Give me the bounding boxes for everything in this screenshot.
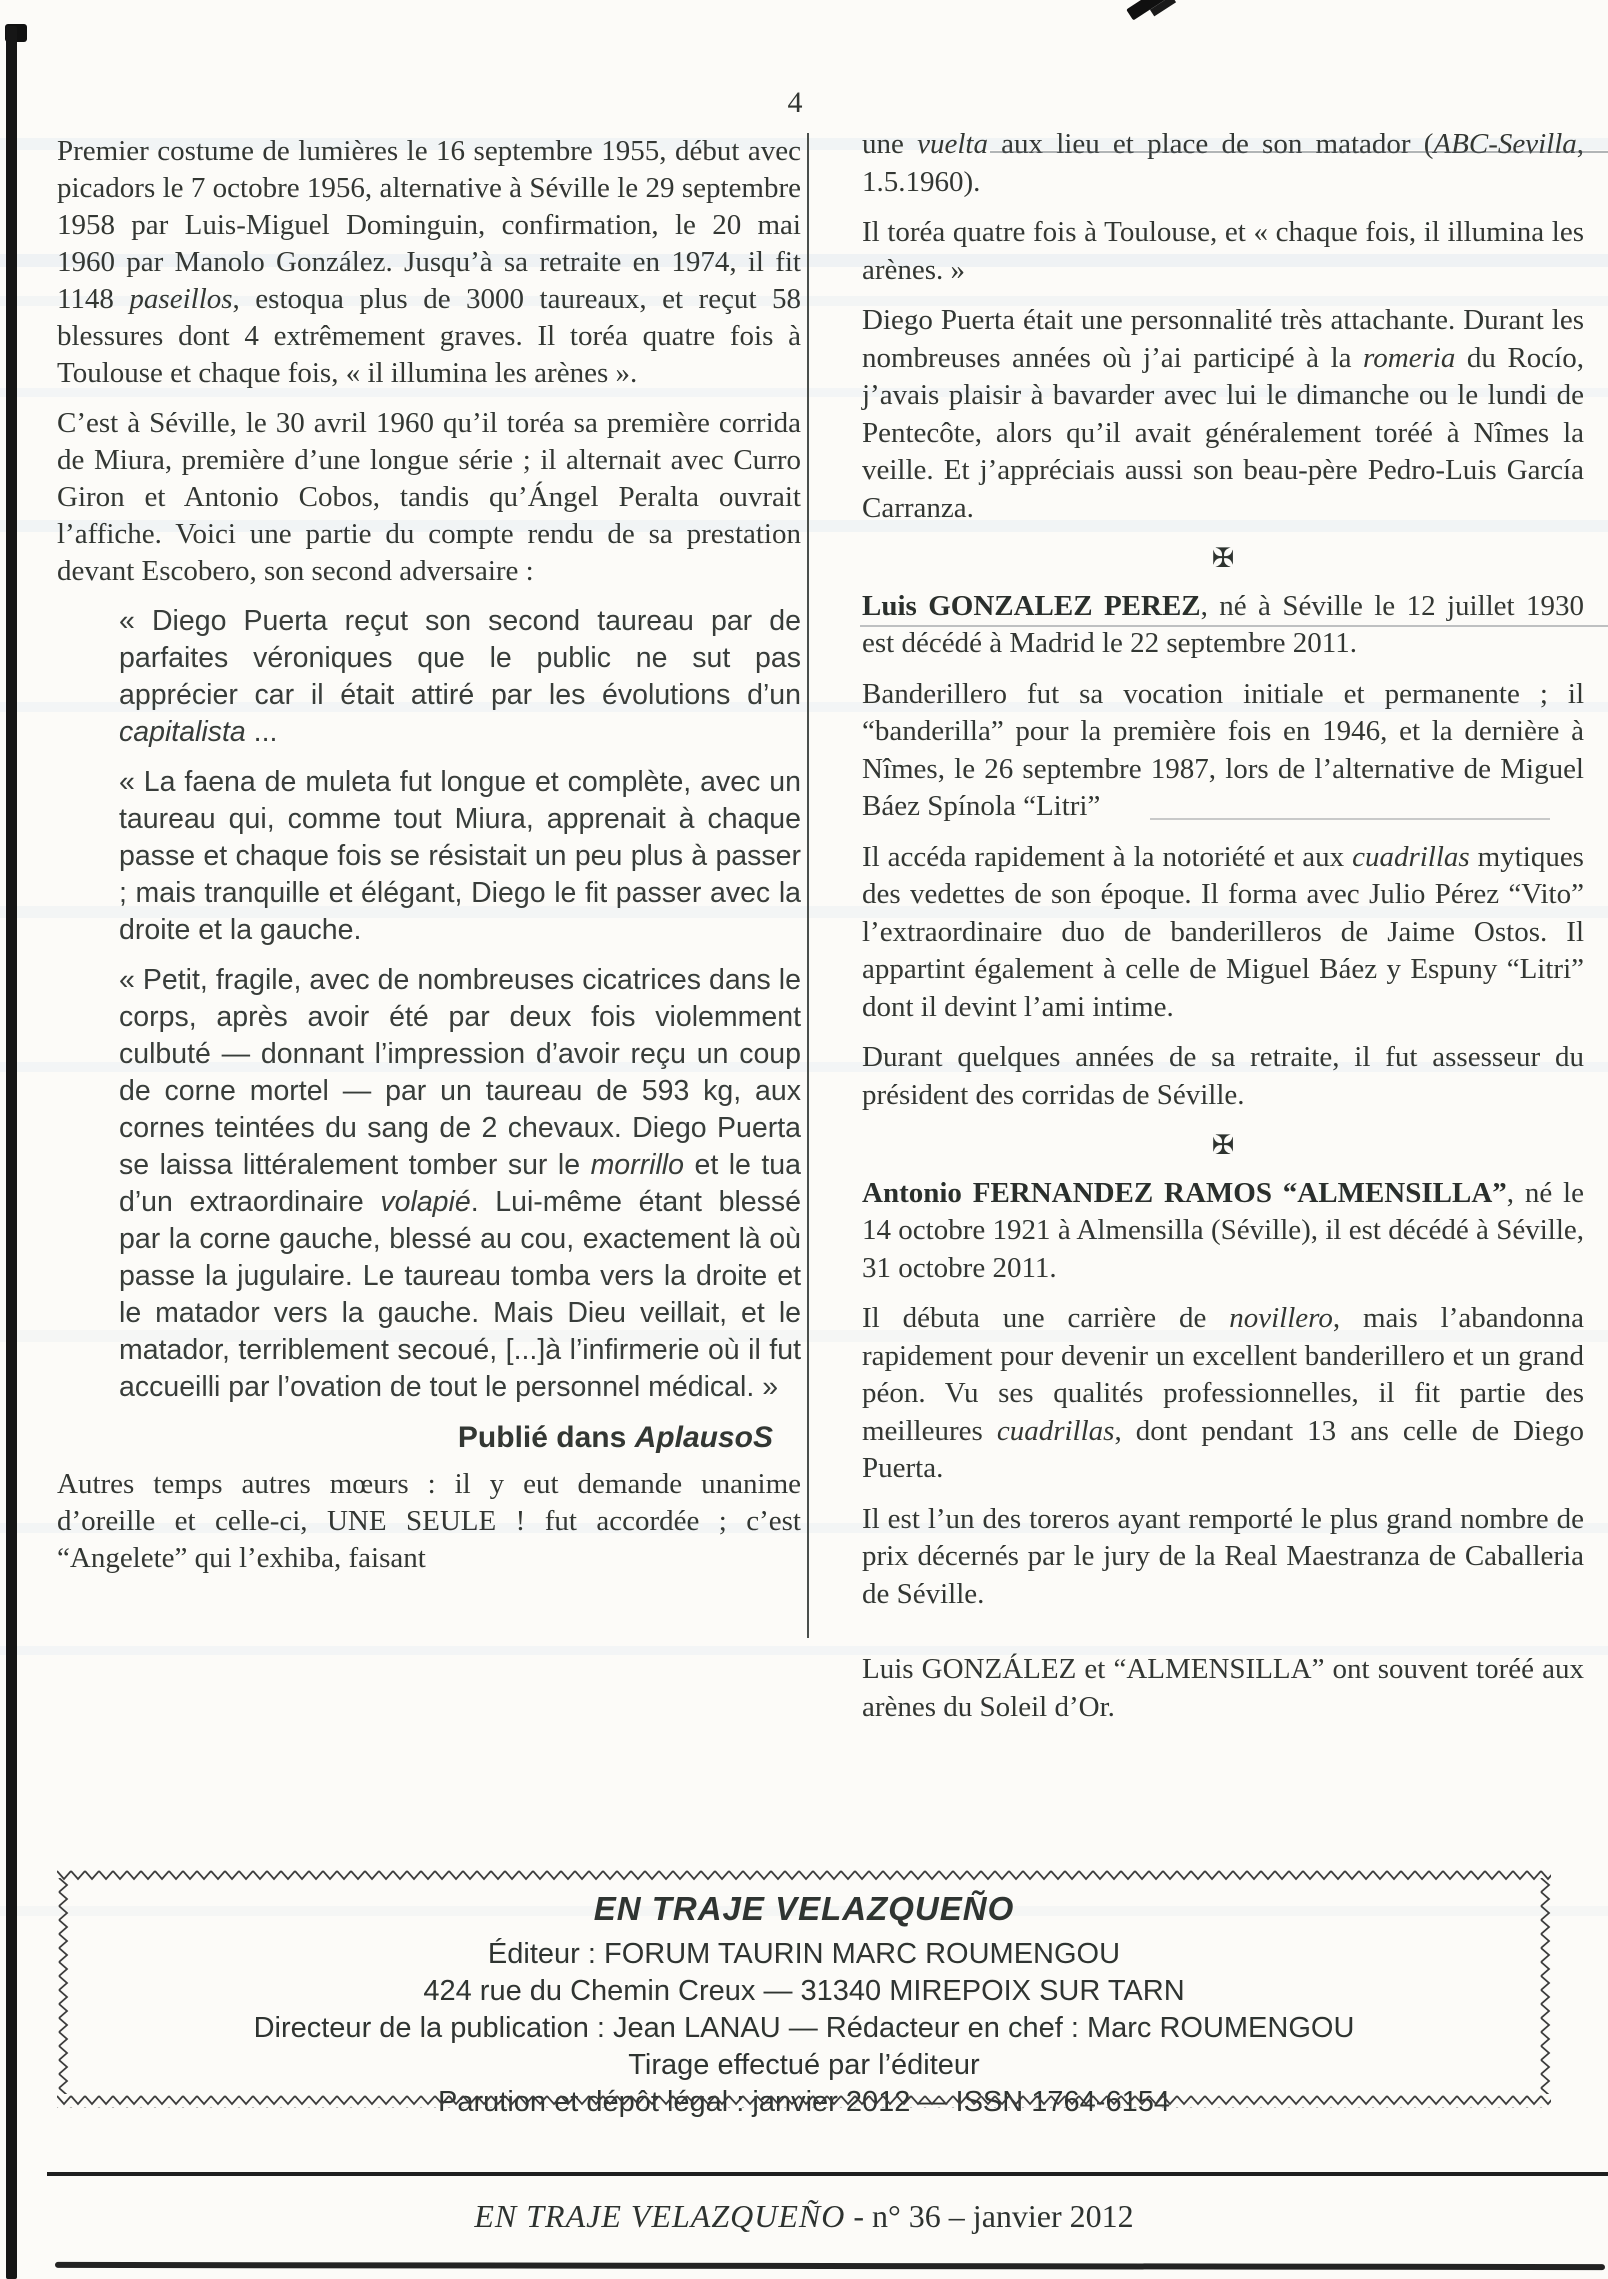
- body-paragraph: Il est l’un des toreros ayant remporté l…: [862, 1501, 1584, 1614]
- body-paragraph: une vuelta aux lieu et place de son mata…: [862, 126, 1584, 201]
- body-paragraph: Il accéda rapidement à la notoriété et a…: [862, 839, 1584, 1027]
- running-footer: EN TRAJE VELAZQUEÑO - n° 36 – janvier 20…: [0, 2198, 1608, 2235]
- publication-credit: Publié dans AplausoS: [57, 1419, 801, 1456]
- body-paragraph: Banderillero fut sa vocation initiale et…: [862, 676, 1584, 826]
- scanned-newsletter-page: 4 Premier costume de lumières le 16 sept…: [0, 0, 1608, 2279]
- body-paragraph: C’est à Séville, le 30 avril 1960 qu’il …: [57, 405, 801, 590]
- quote-paragraph: « Petit, fragile, avec de nombreuses cic…: [119, 962, 801, 1406]
- imprint-issn-line: Parution et dépôt légal : janvier 2012 —…: [57, 2084, 1551, 2121]
- credit-prefix: Publié dans: [458, 1421, 635, 1454]
- body-paragraph: Luis GONZALEZ PEREZ, né à Séville le 12 …: [862, 588, 1584, 663]
- imprint-editor-line: Éditeur : FORUM TAURIN MARC ROUMENGOU: [57, 1936, 1551, 1973]
- body-paragraph: Premier costume de lumières le 16 septem…: [57, 133, 801, 392]
- page-number: 4: [0, 86, 1590, 120]
- body-paragraph: Luis GONZÁLEZ et “ALMENSILLA” ont souven…: [862, 1651, 1584, 1726]
- left-column: Premier costume de lumières le 16 septem…: [57, 133, 801, 1590]
- body-paragraph: Diego Puerta était une personnalité très…: [862, 302, 1584, 527]
- running-footer-title: EN TRAJE VELAZQUEÑO: [474, 2198, 845, 2234]
- imprint-address-line: 424 rue du Chemin Creux — 31340 MIREPOIX…: [57, 1973, 1551, 2010]
- scan-artifact-left-bar: [6, 26, 17, 2279]
- credit-title: AplausoS: [635, 1421, 773, 1454]
- imprint-printing-line: Tirage effectué par l’éditeur: [57, 2047, 1551, 2084]
- running-footer-issue: - n° 36 – janvier 2012: [845, 2198, 1133, 2234]
- column-divider-rule: [807, 133, 809, 1638]
- section-divider-cross-icon: ✠: [862, 540, 1584, 578]
- body-paragraph: Antonio FERNANDEZ RAMOS “ALMENSILLA”, né…: [862, 1175, 1584, 1288]
- body-paragraph: Il débuta une carrière de novillero, mai…: [862, 1300, 1584, 1488]
- right-column: une vuelta aux lieu et place de son mata…: [862, 126, 1584, 1739]
- section-divider-cross-icon: ✠: [862, 1127, 1584, 1165]
- quote-paragraph: « Diego Puerta reçut son second taureau …: [119, 603, 801, 751]
- body-paragraph: Il toréa quatre fois à Toulouse, et « ch…: [862, 214, 1584, 289]
- imprint-director-line: Directeur de la publication : Jean LANAU…: [57, 2010, 1551, 2047]
- scan-artifact-bottom-edge: [55, 2262, 1605, 2270]
- body-paragraph: Durant quelques années de sa retraite, i…: [862, 1039, 1584, 1114]
- footer-rule: [47, 2172, 1608, 2176]
- quote-paragraph: « La faena de muleta fut longue et compl…: [119, 764, 801, 949]
- imprint-box: EN TRAJE VELAZQUEÑO Éditeur : FORUM TAUR…: [57, 1868, 1551, 2106]
- imprint-title: EN TRAJE VELAZQUEÑO: [57, 1890, 1551, 1928]
- body-paragraph: Autres temps autres mœurs : il y eut dem…: [57, 1466, 801, 1577]
